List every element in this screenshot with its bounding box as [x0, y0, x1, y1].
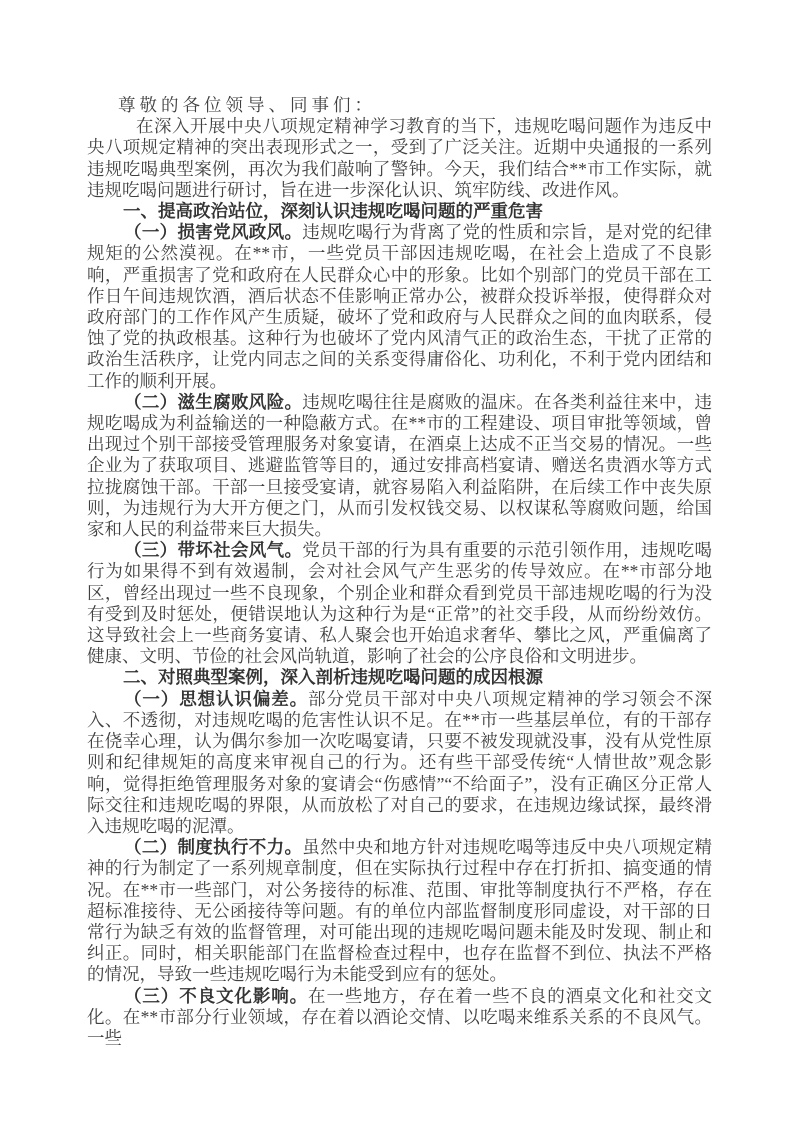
paragraph-body: 违规吃喝行为背离了党的性质和宗旨，是对党的纪律规矩的公然漠视。在**市，一些党员… [87, 222, 712, 390]
paragraph-lead: （一）损害党风政风。 [124, 222, 302, 242]
paragraph-body: 违规吃喝往往是腐败的温床。在各类利益往来中，违规吃喝成为利益输送的一种隐蔽方式。… [87, 392, 712, 539]
section-2-heading: 二、对照典型案例，深入剖析违规吃喝问题的成因根源 [87, 667, 712, 688]
paragraph-lead: （二）制度执行不力。 [124, 837, 302, 857]
paragraph-lead: （三）不良文化影响。 [124, 986, 308, 1006]
document-body: 尊敬的各位领导、同事们： 在深入开展中央八项规定精神学习教育的当下，违规吃喝问题… [87, 95, 712, 1049]
section-2-paragraph-1: （一）思想认识偏差。部分党员干部对中央八项规定精神的学习领会不深入、不透彻，对违… [87, 689, 712, 837]
paragraph-body: 虽然中央和地方针对违规吃喝等违反中央八项规定精神的行为制定了一系列规章制度，但在… [87, 837, 712, 984]
section-1-paragraph-1: （一）损害党风政风。违规吃喝行为背离了党的性质和宗旨，是对党的纪律规矩的公然漠视… [87, 222, 712, 392]
paragraph-body: 部分党员干部对中央八项规定精神的学习领会不深入、不透彻，对违规吃喝的危害性认识不… [87, 689, 712, 836]
section-1-paragraph-2: （二）滋生腐败风险。违规吃喝往往是腐败的温床。在各类利益往来中，违规吃喝成为利益… [87, 392, 712, 540]
section-1-heading: 一、提高政治站位，深刻认识违规吃喝问题的严重危害 [87, 201, 712, 222]
intro-paragraph: 在深入开展中央八项规定精神学习教育的当下，违规吃喝问题作为违反中央八项规定精神的… [87, 116, 712, 201]
section-1-paragraph-3: （三）带坏社会风气。党员干部的行为具有重要的示范引领作用，违规吃喝行为如果得不到… [87, 540, 712, 667]
section-2-paragraph-3-truncated: （三）不良文化影响。在一些地方，存在着一些不良的酒桌文化和社交文化。在**市部分… [87, 986, 712, 1050]
paragraph-lead: （三）带坏社会风气。 [124, 540, 302, 560]
paragraph-lead: （一）思想认识偏差。 [124, 689, 308, 709]
section-2-paragraph-2: （二）制度执行不力。虽然中央和地方针对违规吃喝等违反中央八项规定精神的行为制定了… [87, 837, 712, 985]
paragraph-lead: （二）滋生腐败风险。 [124, 392, 302, 412]
document-page: 尊敬的各位领导、同事们： 在深入开展中央八项规定精神学习教育的当下，违规吃喝问题… [0, 0, 793, 1122]
salutation: 尊敬的各位领导、同事们： [87, 95, 712, 116]
